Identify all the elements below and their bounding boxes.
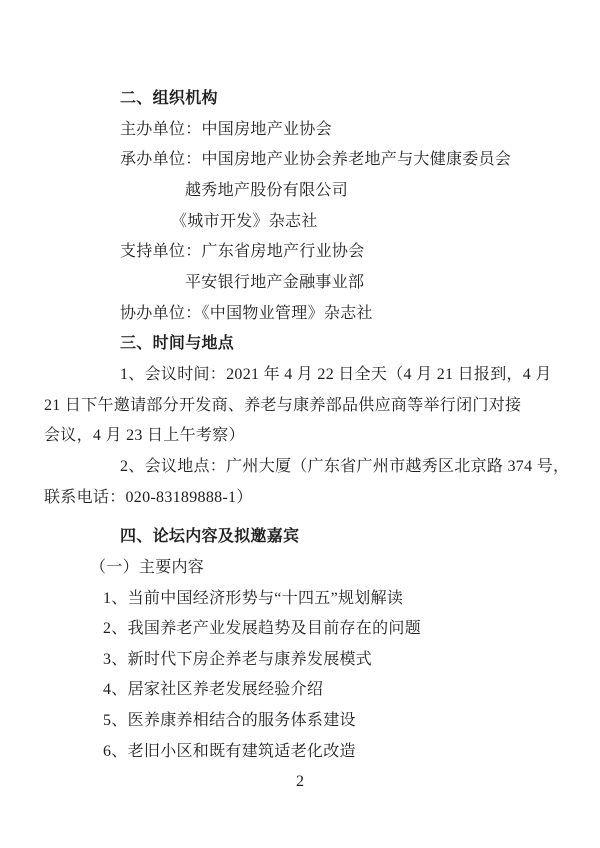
org-co-organizer-line: 协办单位：《中国物业管理》杂志社 xyxy=(44,299,533,330)
meeting-place-line-2: 联系电话：020-83189888-1） xyxy=(44,483,533,514)
meeting-place-line-1: 2、会议地点：广州大厦（广东省广州市越秀区北京路 374 号， xyxy=(44,452,533,483)
forum-item-1: 1、当前中国经济形势与“十四五”规划解读 xyxy=(44,584,533,615)
section-heading-organization: 二、组织机构 xyxy=(44,84,533,115)
section-heading-time-place: 三、时间与地点 xyxy=(44,329,533,360)
meeting-time-line-2: 21 日下午邀请部分开发商、养老与康养部品供应商等举行闭门对接 xyxy=(44,391,533,422)
forum-item-2: 2、我国养老产业发展趋势及目前存在的问题 xyxy=(44,614,533,645)
section-heading-forum: 四、论坛内容及拟邀嘉宾 xyxy=(44,522,533,553)
org-host-line: 主办单位：中国房地产业协会 xyxy=(44,115,533,146)
meeting-time-line-1: 1、会议时间：2021 年 4 月 22 日全天（4 月 21 日报到，4 月 xyxy=(44,360,533,391)
org-support-line: 支持单位：广东省房地产行业协会 xyxy=(44,237,533,268)
forum-item-3: 3、新时代下房企养老与康养发展模式 xyxy=(44,645,533,676)
meeting-time-line-3: 会议，4 月 23 日上午考察） xyxy=(44,421,533,452)
org-organizer-cont-line-2: 《城市开发》杂志社 xyxy=(44,207,533,238)
forum-item-6: 6、老旧小区和既有建筑适老化改造 xyxy=(44,737,533,768)
document-page: 二、组织机构 主办单位：中国房地产业协会 承办单位：中国房地产业协会养老地产与大… xyxy=(44,84,533,798)
forum-item-4: 4、居家社区养老发展经验介绍 xyxy=(44,675,533,706)
org-support-cont-line: 平安银行地产金融事业部 xyxy=(44,268,533,299)
org-organizer-line: 承办单位：中国房地产业协会养老地产与大健康委员会 xyxy=(44,145,533,176)
forum-subheading: （一）主要内容 xyxy=(44,553,533,584)
org-organizer-cont-line-1: 越秀地产股份有限公司 xyxy=(44,176,533,207)
page-number: 2 xyxy=(0,767,600,798)
forum-item-5: 5、医养康养相结合的服务体系建设 xyxy=(44,706,533,737)
